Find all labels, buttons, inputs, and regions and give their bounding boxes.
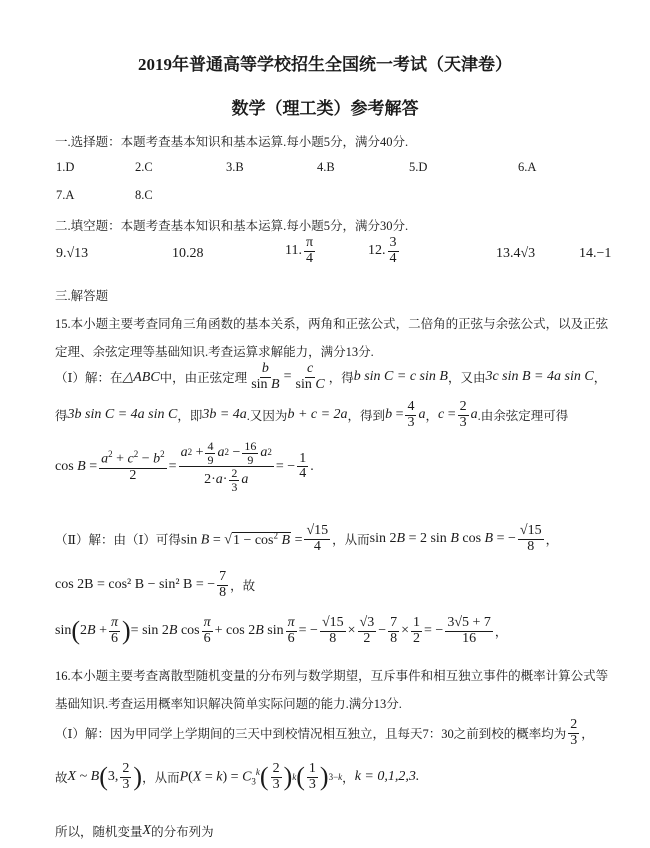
answer-number: 10. (172, 246, 190, 262)
section2-heading: 二.填空题：本题考查基本知识和基本运算.每小题5分，满分30分. (55, 216, 408, 234)
answer-number: 11. (285, 243, 302, 259)
equation: b sin C = c sin B (354, 369, 448, 385)
text: = − (276, 459, 295, 475)
equation: cos 2B = cos² B − sin² B = − (55, 577, 215, 593)
fraction-c-sinC: csin C (294, 362, 327, 392)
text: 所以，随机变量 (55, 822, 143, 840)
text: ，又由 (448, 368, 486, 386)
equation: b + c = 2a (287, 407, 347, 423)
fraction-7-8: 78 (217, 570, 228, 600)
section3-heading: 三.解答题 (55, 286, 108, 304)
text: 得 (55, 406, 68, 424)
answer-value: 4√3 (514, 246, 536, 262)
part-label: （Ⅱ）解：由（Ⅰ）可得 (55, 530, 181, 548)
denominator: 4 (304, 252, 315, 267)
equation: 3c sin B = 4a sin C (485, 369, 593, 385)
text: ， (581, 724, 594, 742)
answer-value: √13 (67, 246, 89, 262)
answer-3: 3.B (226, 160, 244, 175)
text: ， (594, 368, 607, 386)
q15-intro-line2: 定理、余弦定理等基础知识.考查运算求解能力，满分13分. (55, 342, 374, 360)
fraction-1-4: 14 (297, 452, 308, 482)
q15-final-equation: sin( 2B +π6 ) = sin 2B cosπ6 + cos 2B si… (55, 616, 507, 646)
fill-answer-11: 11. π4 (285, 236, 317, 266)
fraction-sqrt15-4: √154 (304, 524, 330, 554)
fill-answer-13: 13. 4√3 (496, 246, 535, 262)
fraction-4-3: 43 (405, 400, 416, 430)
numerator: π (304, 236, 315, 252)
fraction: a2 + c2 − b22 (99, 450, 167, 483)
text: ， (546, 530, 559, 548)
answer-number: 9. (56, 246, 67, 262)
denominator: 4 (388, 252, 399, 267)
answer-6: 6.A (518, 160, 536, 175)
q15-part1-line2: 得 3b sin C = 4a sin C ，即 3b = 4a .又因为 b … (55, 400, 568, 430)
text: ， (495, 622, 508, 640)
q15-cosB-equation: cos B = a2 + c2 − b22 = a2 +49a2 −169a2 … (55, 440, 314, 493)
fill-answer-14: 14. −1 (579, 246, 611, 262)
q15-part2-line1: （Ⅱ）解：由（Ⅰ）可得 sin B = √1 − cos2 B = √154 ，… (55, 524, 558, 554)
fraction-2-3: 23 (568, 718, 579, 748)
q15-part1-line1: （Ⅰ）解：在 △ABC 中，由正弦定理 bsin B = csin C ，得 b… (55, 362, 606, 392)
q16-part1-line1: （Ⅰ）解：因为甲同学上学期间的三天中到校情况相互独立，且每天7：30之前到校的概… (55, 718, 594, 748)
text: ，得 (329, 368, 354, 386)
fill-answer-12: 12. 34 (368, 236, 401, 266)
text: 的分布列为 (151, 822, 214, 840)
answer-7: 7.A (56, 188, 74, 203)
answer-number: 12. (368, 243, 386, 259)
text: ，得到 (348, 406, 386, 424)
answer-number: 13. (496, 246, 514, 262)
text: 故 (55, 768, 68, 786)
fraction: a2 +49a2 −169a2 2·a·23a (179, 440, 274, 493)
text: ， (425, 406, 438, 424)
equation: 3b = 4a (202, 407, 246, 423)
text: ， (342, 768, 355, 786)
fill-answer-10: 10. 28 (172, 246, 204, 262)
q16-binomial-line: 故 X ~ B(3,23) ，从而 P(X = k) = C3k (23)k (… (55, 762, 419, 792)
q16-distribution-line: 所以，随机变量 X 的分布列为 (55, 822, 214, 840)
numerator: 3 (388, 236, 399, 252)
text: 中，由正弦定理 (160, 368, 248, 386)
equation: 3b sin C = 4a sin C (68, 407, 178, 423)
fraction-b-sinB: bsin B (249, 362, 281, 392)
part-label: （Ⅰ）解：在 (55, 368, 122, 386)
text: .由余弦定理可得 (478, 406, 569, 424)
answer-2: 2.C (135, 160, 153, 175)
fraction: 34 (388, 236, 399, 266)
answer-value: −1 (597, 246, 612, 262)
fraction: π4 (304, 236, 315, 266)
text: ，故 (230, 576, 255, 594)
text: （Ⅰ）解：因为甲同学上学期间的三天中到校情况相互独立，且每天7：30之前到校的概… (55, 724, 566, 742)
answer-value: 28 (190, 246, 204, 262)
text: ，从而 (142, 768, 180, 786)
variable-x: X (143, 823, 152, 839)
text: ，即 (177, 406, 202, 424)
fraction-sqrt15-8: √158 (518, 524, 544, 554)
answer-1: 1.D (56, 160, 74, 175)
document-title: 2019年普通高等学校招生全国统一考试（天津卷） (0, 50, 650, 75)
fill-answer-9: 9. √13 (56, 246, 88, 262)
fraction-2-3: 23 (458, 400, 469, 430)
answer-number: 14. (579, 246, 597, 262)
text: ，从而 (332, 530, 370, 548)
answer-8: 8.C (135, 188, 153, 203)
k-values: k = 0,1,2,3. (355, 769, 420, 785)
document-subtitle: 数学（理工类）参考解答 (0, 94, 650, 119)
answer-4: 4.B (317, 160, 335, 175)
q16-intro-line1: 16.本小题主要考查离散型随机变量的分布列与数学期望，互斥事件和相互独立事件的概… (55, 666, 608, 684)
section1-heading: 一.选择题：本题考查基本知识和基本运算.每小题5分，满分40分. (55, 132, 408, 150)
answer-5: 5.D (409, 160, 427, 175)
triangle-abc: △ABC (122, 369, 159, 386)
text: .又因为 (247, 406, 288, 424)
q16-intro-line2: 基础知识.考查运用概率知识解决简单实际问题的能力.满分13分. (55, 694, 402, 712)
q15-intro-line1: 15.本小题主要考查同角三角函数的基本关系，两角和正弦公式，二倍角的正弦与余弦公… (55, 314, 608, 332)
q15-cos2B-line: cos 2B = cos² B − sin² B = − 78 ，故 (55, 570, 255, 600)
